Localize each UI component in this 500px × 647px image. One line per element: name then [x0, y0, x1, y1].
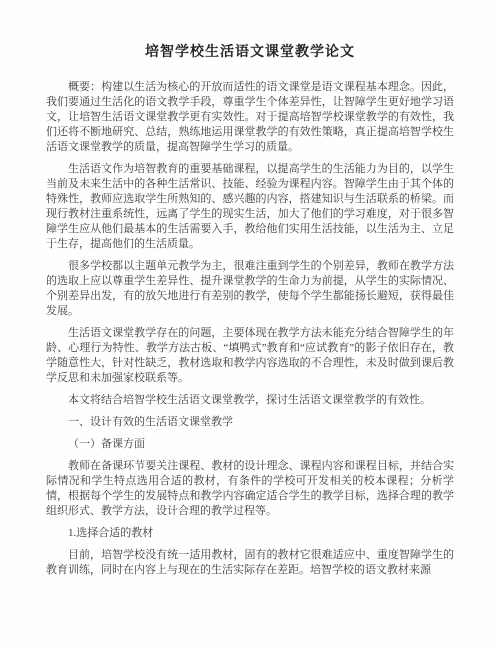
- paragraph-purpose-statement: 本文将结合培智学校生活语文课堂教学，探讨生活语文课堂教学的有效性。: [46, 393, 454, 408]
- paragraph-textbook-status: 目前，培智学校没有统一适用教材，固有的教材它很难适应中、重度智障学生的教育训练，…: [46, 548, 454, 578]
- document-page: 培智学校生活语文课堂教学论文 概要：构建以生活为核心的开放而适性的语文课堂是语文…: [0, 0, 500, 647]
- paragraph-course-overview: 生活语文作为培智教育的重要基础课程，以提高学生的生活能力为目的，以学生当前及未来…: [46, 162, 454, 252]
- paragraph-lesson-prep-detail: 教师在备课环节要关注课程、教材的设计理念、课程内容和课程目标，并结合实际情况和学…: [46, 459, 454, 519]
- subsection-heading-choose-textbook: 1.选择合适的教材: [46, 526, 454, 541]
- document-content: 培智学校生活语文课堂教学论文 概要：构建以生活为核心的开放而适性的语文课堂是语文…: [0, 0, 500, 578]
- paragraph-abstract: 概要：构建以生活为核心的开放而适性的语文课堂是语文课程基本理念。因此，我们要通过…: [46, 80, 454, 155]
- document-title: 培智学校生活语文课堂教学论文: [46, 42, 454, 64]
- paragraph-existing-problems: 生活语文课堂教学存在的问题，主要体现在教学方法未能充分结合智障学生的年龄、心理行…: [46, 326, 454, 386]
- subsection-heading-lesson-prep: （一）备课方面: [46, 437, 454, 452]
- paragraph-individual-differences: 很多学校都以主题单元教学为主，很难注重到学生的个别差异，教师在教学方法的选取上应…: [46, 259, 454, 319]
- section-heading-1: 一、设计有效的生活语文课堂教学: [46, 415, 454, 430]
